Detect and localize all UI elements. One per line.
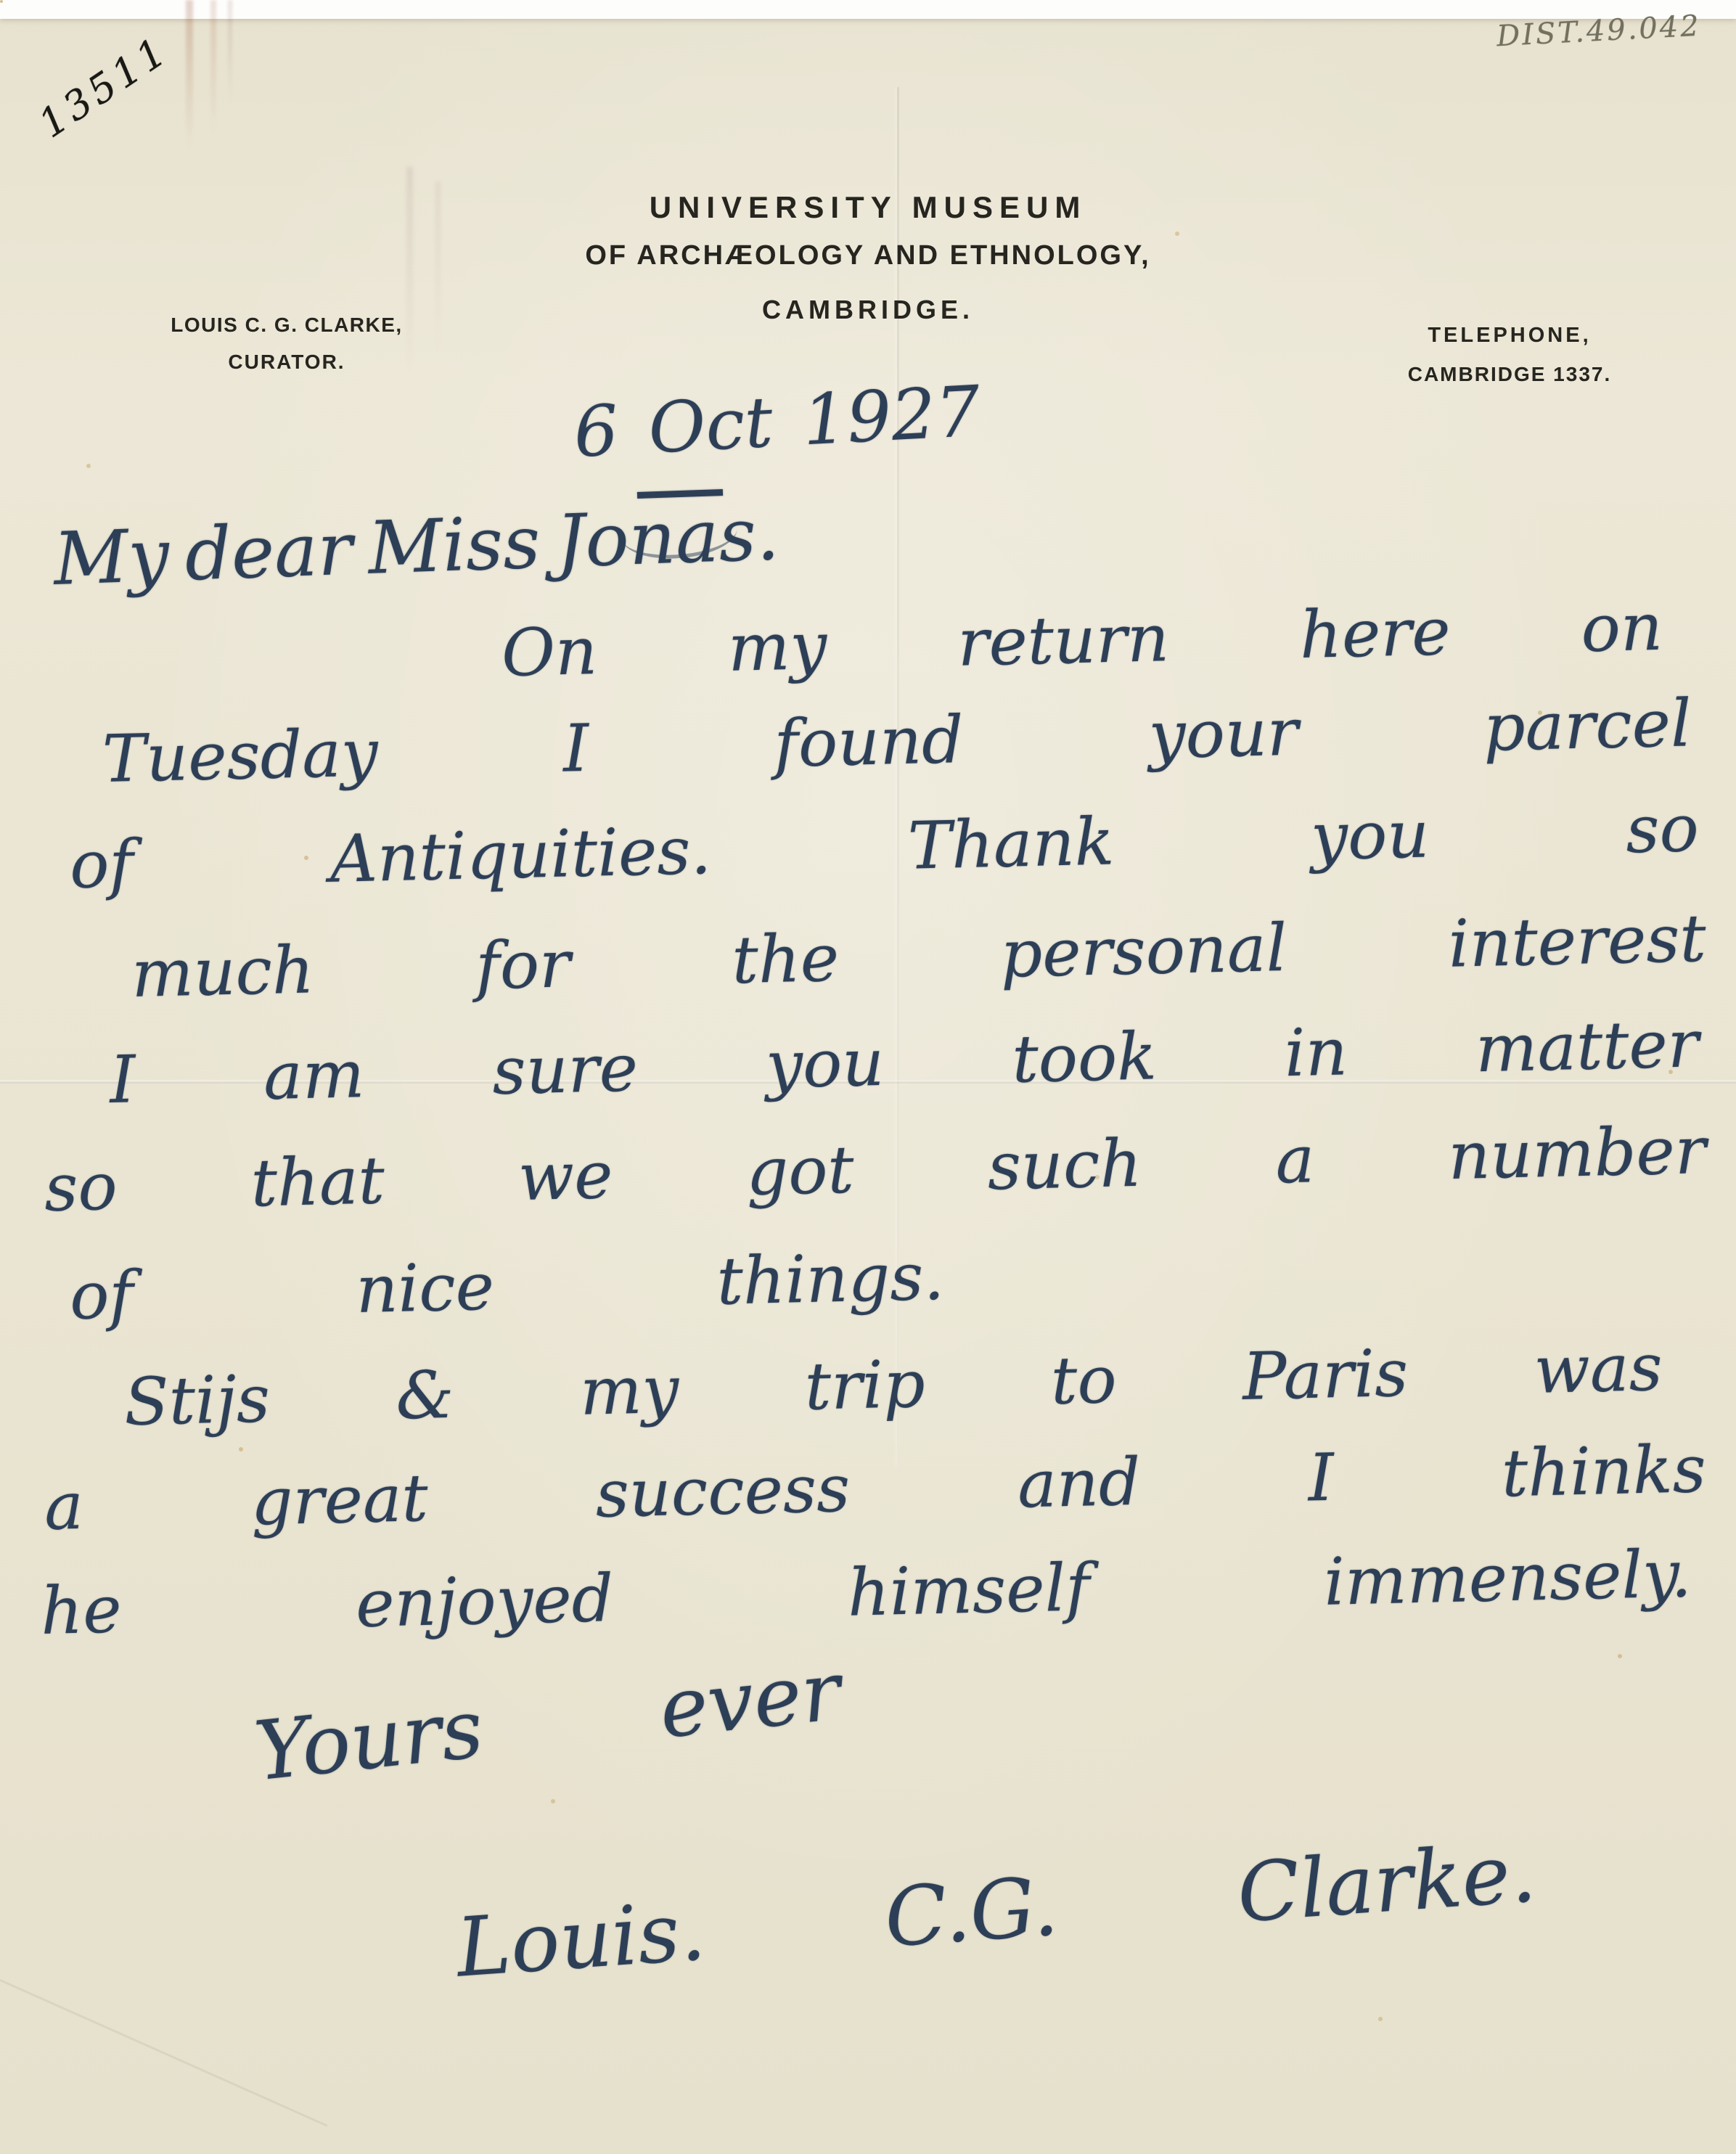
telephone-label: TELEPHONE,: [1350, 324, 1669, 348]
letterhead-title-line1: UNIVERSITY MUSEUM: [0, 190, 1736, 225]
signature: Louis.C.G.Clarke.: [454, 1826, 1539, 1996]
body-line: ofnicethings.: [69, 1239, 945, 1335]
telephone-number: CAMBRIDGE 1337.: [1350, 363, 1669, 386]
body-line: heenjoyedhimselfimmensely.: [40, 1536, 1692, 1650]
curator-title: CURATOR.: [123, 351, 450, 374]
diagonal-crease: [0, 1960, 328, 2127]
curator-name: LOUIS C. G. CLARKE,: [123, 314, 450, 337]
foxing-speckles: [0, 0, 3, 3]
scan-edge: [0, 0, 1736, 19]
rust-stain: [173, 0, 245, 152]
letterhead-title-line2: OF ARCHÆOLOGY AND ETHNOLOGY,: [0, 240, 1736, 271]
closing: Yoursever: [250, 1644, 845, 1799]
body-line: agreatsuccessandIthinks: [44, 1431, 1707, 1545]
body-line: muchforthepersonalinterest: [131, 901, 1707, 1012]
body-line: ofAntiquities.Thankyouso: [69, 790, 1700, 904]
letter-date: 6Oct1927: [572, 371, 982, 473]
accession-number-annotation: 13511: [30, 27, 178, 147]
body-line: Onmyreturnhereon: [501, 589, 1663, 692]
body-line: sothatwegotsuchanumber: [44, 1113, 1707, 1227]
letter-page: DIST.49.042 13511 UNIVERSITY MUSEUM OF A…: [0, 0, 1736, 2154]
body-line: Iamsureyoutookinmatter: [109, 1006, 1700, 1118]
body-line: Stijs&mytriptoPariswas: [123, 1330, 1663, 1441]
salutation: MydearMissJonas.: [52, 491, 780, 602]
